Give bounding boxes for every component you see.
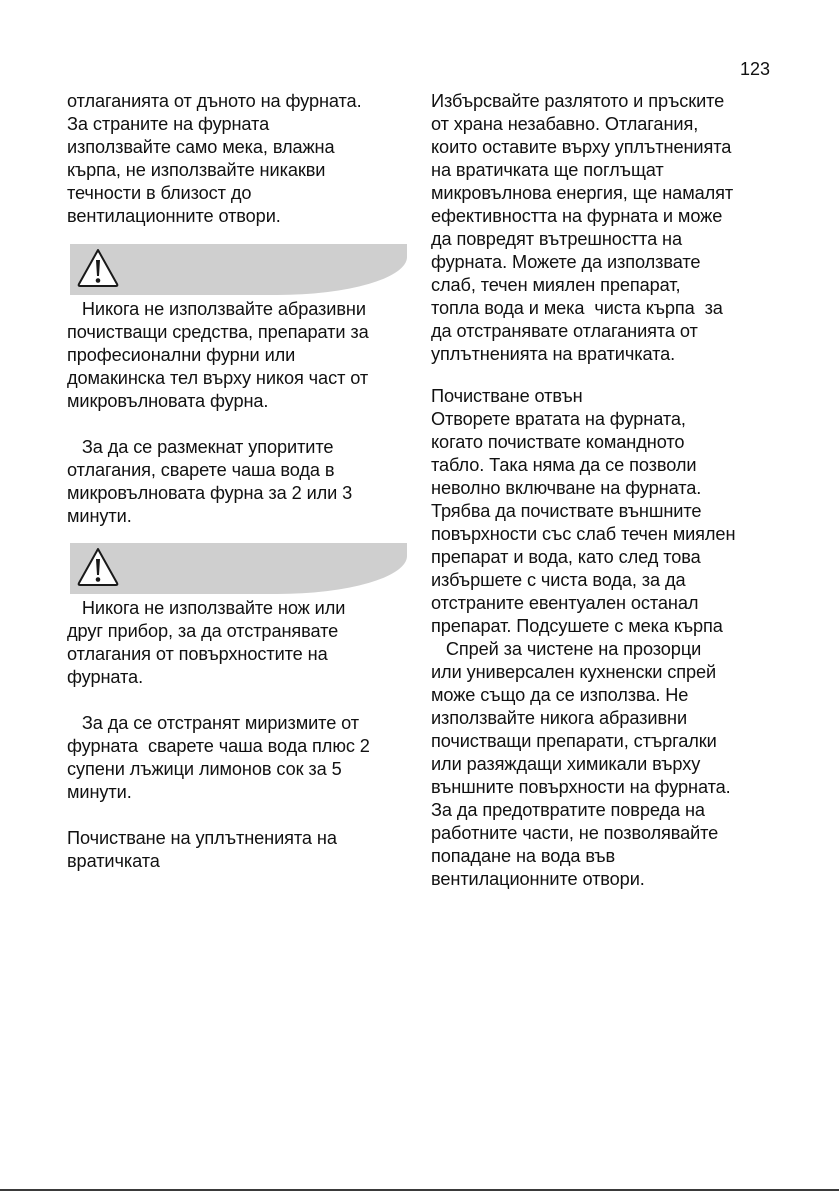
- text-line: микровълновата фурна.: [67, 390, 417, 413]
- text-line: уплътненията на вратичката.: [431, 343, 781, 366]
- text-line: За да се размекнат упоритите: [67, 436, 417, 459]
- spacer: [67, 413, 417, 436]
- text-line: отлагания от повърхностите на: [67, 643, 417, 666]
- spacer: [431, 366, 781, 385]
- text-line: препарат и вода, като след това: [431, 546, 781, 569]
- warning-banner: [70, 244, 407, 295]
- text-line: или разяждащи химикали върху: [431, 753, 781, 776]
- text-line: Трябва да почиствате външните: [431, 500, 781, 523]
- text-line: микровълнова енергия, ще намалят: [431, 182, 781, 205]
- text-line: използвайте никога абразивни: [431, 707, 781, 730]
- text-line: отстраните евентуален останал: [431, 592, 781, 615]
- text-line: на вратичката ще поглъщат: [431, 159, 781, 182]
- paragraph-soften-deposits: За да се размекнат упоритите отлагания, …: [67, 436, 417, 528]
- text-line: супени лъжици лимонов сок за 5: [67, 758, 417, 781]
- text-line: кърпа, не използвайте никакви: [67, 159, 417, 182]
- text-line: друг прибор, за да отстранявате: [67, 620, 417, 643]
- spacer: [67, 804, 417, 827]
- warning-text-knife: Никога не използвайте нож или друг прибо…: [67, 597, 417, 689]
- text-line: За страните на фурната: [67, 113, 417, 136]
- text-line: минути.: [67, 781, 417, 804]
- text-line: Избърсвайте разлятото и пръските: [431, 90, 781, 113]
- text-line: неволно включване на фурната.: [431, 477, 781, 500]
- text-line: външните повърхности на фурната.: [431, 776, 781, 799]
- warning-text-abrasive: Никога не използвайте абразивни почиства…: [67, 298, 417, 413]
- paragraph-remove-odors: За да се отстранят миризмите от фурната …: [67, 712, 417, 804]
- text-line: може също да се използва. Не: [431, 684, 781, 707]
- text-line: почистващи препарати, стъргалки: [431, 730, 781, 753]
- text-line: домакинска тел върху никоя част от: [67, 367, 417, 390]
- text-line: избършете с чиста вода, за да: [431, 569, 781, 592]
- text-line: повърхности със слаб течен миялен: [431, 523, 781, 546]
- text-line: микровълновата фурна за 2 или 3: [67, 482, 417, 505]
- text-line: Никога не използвайте нож или: [67, 597, 417, 620]
- text-line: професионални фурни или: [67, 344, 417, 367]
- text-line: ефективността на фурната и може: [431, 205, 781, 228]
- text-line: почистващи средства, препарати за: [67, 321, 417, 344]
- text-line: от храна незабавно. Отлагания,: [431, 113, 781, 136]
- section-heading-outside: Почистване отвън: [431, 385, 781, 408]
- text-line: вентилационните отвори.: [67, 205, 417, 228]
- text-line: използвайте само мека, влажна: [67, 136, 417, 159]
- paragraph-cleaning-sides: отлаганията от дъното на фурната. За стр…: [67, 90, 417, 228]
- text-line: отлагания, сварете чаша вода в: [67, 459, 417, 482]
- text-line: които оставите върху уплътненията: [431, 136, 781, 159]
- text-line: да отстранявате отлаганията от: [431, 320, 781, 343]
- heading-line: вратичката: [67, 850, 417, 873]
- text-line: Спрей за чистене на прозорци: [431, 638, 781, 661]
- text-line: минути.: [67, 505, 417, 528]
- warning-triangle-icon: [76, 546, 120, 588]
- text-line: вентилационните отвори.: [431, 868, 781, 891]
- section-heading-door-seals: Почистване на уплътненията на вратичката: [67, 827, 417, 873]
- right-column: Избърсвайте разлятото и пръските от хран…: [431, 90, 781, 891]
- spacer: [67, 689, 417, 712]
- text-line: табло. Така няма да се позволи: [431, 454, 781, 477]
- text-line: слаб, течен миялен препарат,: [431, 274, 781, 297]
- text-line: работните части, не позволявайте: [431, 822, 781, 845]
- text-line: Никога не използвайте абразивни: [67, 298, 417, 321]
- text-line: фурната.: [67, 666, 417, 689]
- text-line: фурната сварете чаша вода плюс 2: [67, 735, 417, 758]
- paragraph-door-seals: Избърсвайте разлятото и пръските от хран…: [431, 90, 781, 366]
- paragraph-outside-cleaning: Отворете вратата на фурната, когато почи…: [431, 408, 781, 891]
- text-line: топла вода и мека чиста кърпа за: [431, 297, 781, 320]
- text-line: течности в близост до: [67, 182, 417, 205]
- text-line: За да се отстранят миризмите от: [67, 712, 417, 735]
- text-line: За да предотвратите повреда на: [431, 799, 781, 822]
- text-line: когато почиствате командното: [431, 431, 781, 454]
- text-line: препарат. Подсушете с мека кърпа: [431, 615, 781, 638]
- text-line: отлаганията от дъното на фурната.: [67, 90, 417, 113]
- warning-triangle-icon: [76, 247, 120, 289]
- text-line: или универсален кухненски спрей: [431, 661, 781, 684]
- warning-banner: [70, 543, 407, 594]
- page-number: 123: [740, 58, 770, 80]
- text-line: да повредят вътрешността на: [431, 228, 781, 251]
- text-line: Отворете вратата на фурната,: [431, 408, 781, 431]
- text-line: попадане на вода във: [431, 845, 781, 868]
- heading-line: Почистване на уплътненията на: [67, 827, 417, 850]
- left-column: отлаганията от дъното на фурната. За стр…: [67, 90, 417, 873]
- text-line: фурната. Можете да използвате: [431, 251, 781, 274]
